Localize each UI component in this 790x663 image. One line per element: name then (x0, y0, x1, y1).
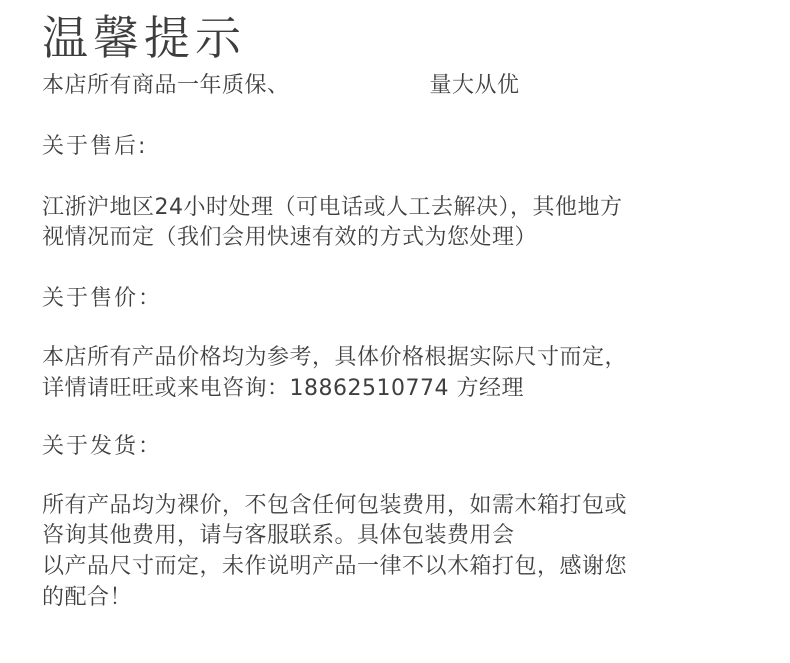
section-heading-pricing: 关于售价： (42, 283, 162, 315)
section-text-line: 的配合！ (42, 582, 132, 614)
section-text-line: 所有产品均为裸价，不包含任何包装费用，如需木箱打包或 (42, 490, 627, 522)
section-text-line: 江浙沪地区24小时处理（可电话或人工去解决），其他地方 (42, 192, 623, 224)
section-text-line: 以产品尺寸而定，未作说明产品一律不以木箱打包，感谢您 (42, 551, 627, 583)
intro-prefix: 本店所有商品一年质保、 (42, 73, 290, 98)
section-heading-shipping: 关于发货： (42, 431, 162, 463)
section-text-line: 视情况而定（我们会用快速有效的方式为您处理） (42, 222, 537, 254)
section-text-line: 本店所有产品价格均为参考，具体价格根据实际尺寸而定， (42, 342, 627, 374)
page-title: 温馨提示 (42, 10, 246, 66)
contact-line: 详情请旺旺或来电咨询：18862510774 方经理 (42, 373, 524, 405)
section-heading-after-sales: 关于售后: (42, 131, 147, 163)
intro-suffix: 量大从优 (430, 73, 520, 98)
intro-line: 本店所有商品一年质保、量大从优 (42, 70, 520, 102)
section-text-line: 咨询其他费用，请与客服联系。具体包装费用会 (42, 520, 515, 552)
